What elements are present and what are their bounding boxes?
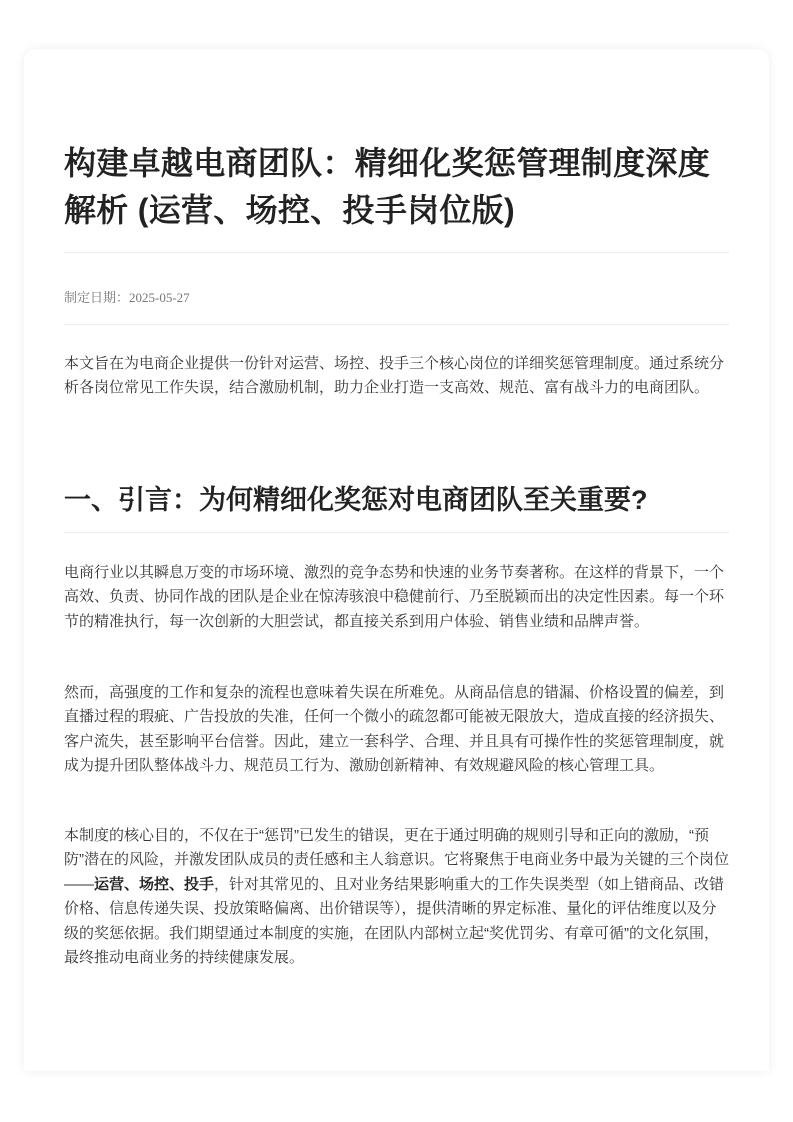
title-divider [64, 252, 729, 253]
document-meta: 制定日期：2025-05-27 [64, 289, 190, 307]
date-label: 制定日期： [64, 290, 129, 305]
body-paragraph: 然而，高强度的工作和复杂的流程也意味着失误在所难免。从商品信息的错漏、价格设置的… [64, 681, 729, 779]
body-paragraph: 电商行业以其瞬息万变的市场环境、激烈的竞争态势和快速的业务节奏著称。在这样的背景… [64, 561, 729, 634]
body-paragraph: 本制度的核心目的，不仅在于“惩罚”已发生的错误，更在于通过明确的规则引导和正向的… [64, 824, 729, 970]
meta-divider [64, 324, 729, 325]
intro-paragraph: 本文旨在为电商企业提供一份针对运营、场控、投手三个核心岗位的详细奖惩管理制度。通… [64, 352, 729, 401]
section-heading-introduction: 一、引言：为何精细化奖惩对电商团队至关重要? [64, 481, 648, 519]
date-value: 2025-05-27 [129, 290, 190, 305]
document-card: 构建卓越电商团队：精细化奖惩管理制度深度解析 (运营、场控、投手岗位版) 制定日… [24, 49, 769, 1071]
document-title: 构建卓越电商团队：精细化奖惩管理制度深度解析 (运营、场控、投手岗位版) [64, 140, 732, 234]
section-divider [64, 532, 729, 533]
key-roles-emphasis: 运营、场控、投手 [94, 876, 214, 893]
